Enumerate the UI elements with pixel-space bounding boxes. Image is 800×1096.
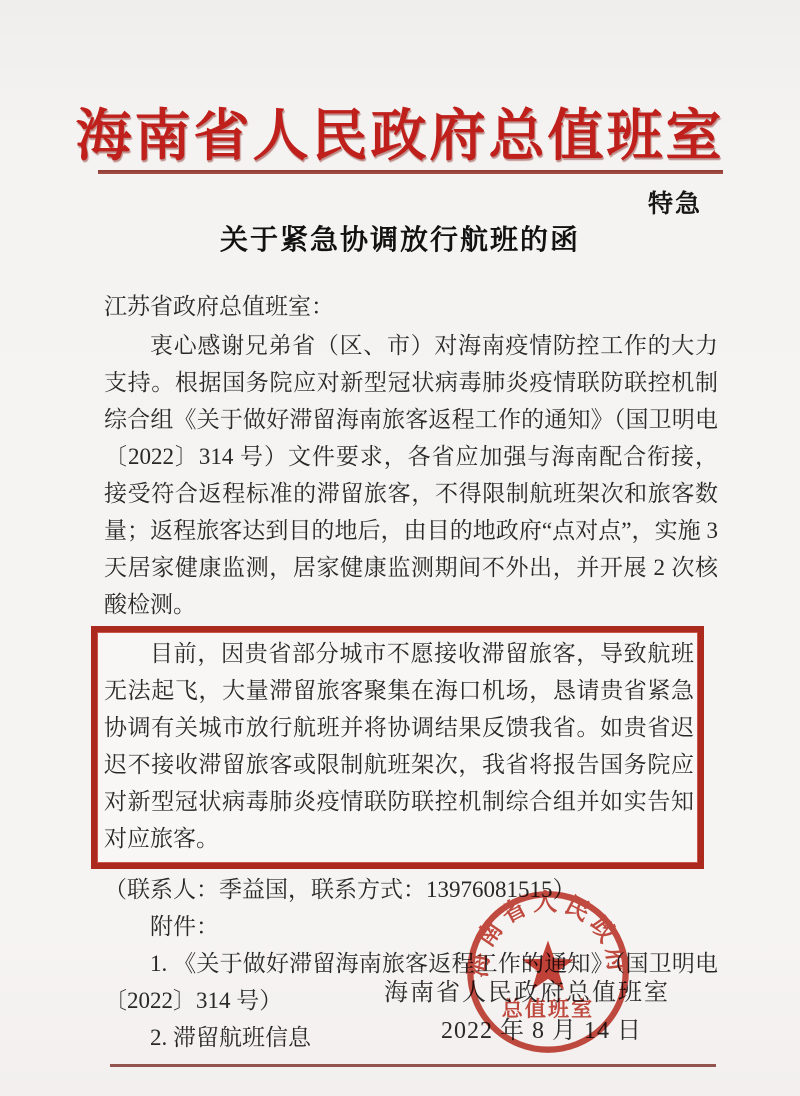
paragraph-highlighted: 目前，因贵省部分城市不愿接收滞留旅客，导致航班无法起飞，大量滞留旅客聚集在海口机… [104,635,694,857]
urgency-label: 特急 [648,184,702,220]
document-page: 海南省人民政府总值班室 特急 关于紧急协调放行航班的函 江苏省政府总值班室： 衷… [0,0,800,1096]
highlighted-red-box: 目前，因贵省部分城市不愿接收滞留旅客，导致航班无法起飞，大量滞留旅客聚集在海口机… [91,626,704,869]
letterhead-title: 海南省人民政府总值班室 [0,92,800,172]
document-title: 关于紧急协调放行航班的函 [0,218,800,258]
salutation: 江苏省政府总值班室： [104,288,718,325]
letterhead-divider [98,170,723,174]
seal-star-icon [522,941,574,990]
seal-inner-text: 总值班室 [502,997,594,1021]
paragraph-background: 衷心感谢兄弟省（区、市）对海南疫情防控工作的大力支持。根据国务院应对新型冠状病毒… [104,327,718,623]
official-seal: 海南省人民政府 总值班室 [464,888,632,1056]
footer-divider [110,1064,716,1067]
